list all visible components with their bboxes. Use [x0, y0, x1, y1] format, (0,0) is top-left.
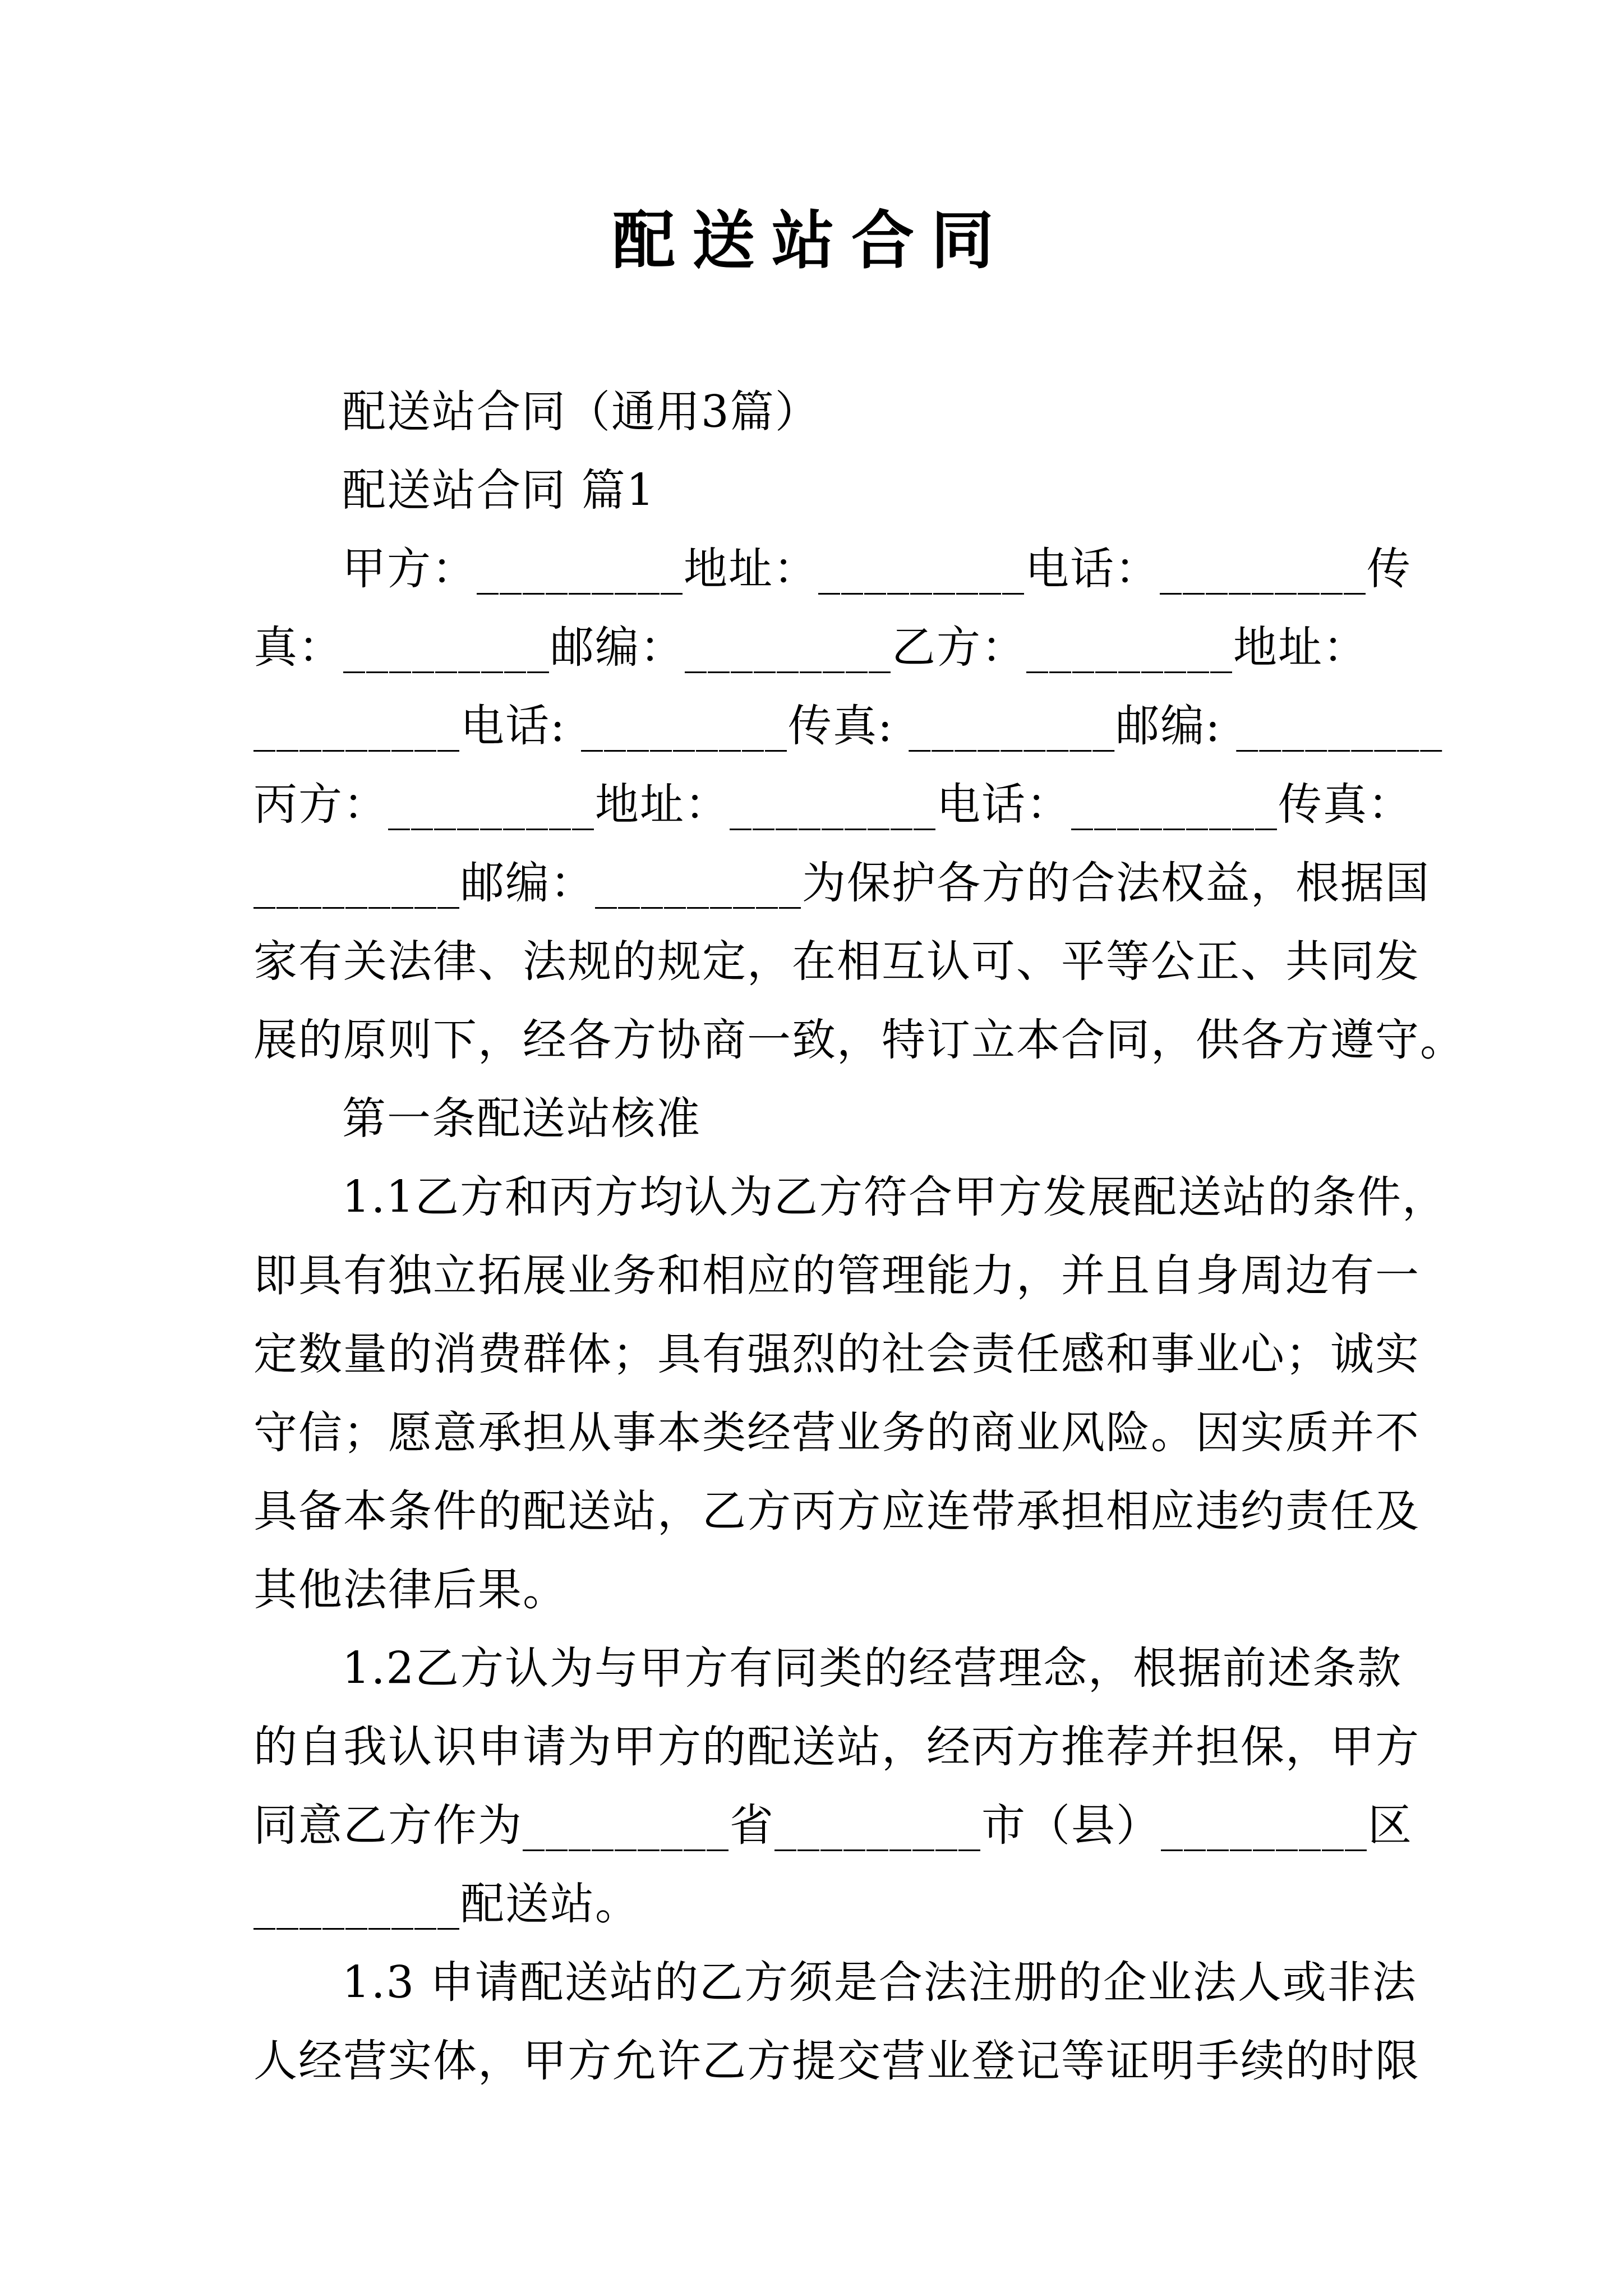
text-line: 丙方：_________地址：_________电话：_________传真：: [253, 766, 1375, 844]
text-line: 的自我认识申请为甲方的配送站，经丙方推荐并担保，甲方: [253, 1708, 1375, 1787]
text-line: 配送站合同 篇1: [253, 452, 1375, 530]
text-line: 同意乙方作为_________省_________市（县）_________区: [253, 1787, 1375, 1865]
text-line: 人经营实体，甲方允许乙方提交营业登记等证明手续的时限: [253, 2022, 1375, 2101]
text-line: 展的原则下，经各方协商一致，特订立本合同，供各方遵守。: [253, 1001, 1375, 1080]
document-title: 配送站合同: [0, 191, 1623, 281]
text-line: 守信；愿意承担从事本类经营业务的商业风险。因实质并不: [253, 1394, 1375, 1473]
text-line: _________配送站。: [253, 1865, 1375, 1944]
text-line: 即具有独立拓展业务和相应的管理能力，并且自身周边有一: [253, 1237, 1375, 1315]
text-line: _________电话: _________传真: _________邮编: _…: [253, 687, 1375, 766]
text-line: _________邮编：_________为保护各方的合法权益，根据国: [253, 844, 1375, 923]
document-body: 配送站合同（通用3篇） 配送站合同 篇1 甲方：_________地址：____…: [253, 373, 1375, 2101]
text-line: 其他法律后果。: [253, 1551, 1375, 1630]
text-line: 甲方：_________地址：_________电话：_________传: [253, 530, 1375, 609]
text-line: 第一条配送站核准: [253, 1080, 1375, 1158]
text-line: 1.3 申请配送站的乙方须是合法注册的企业法人或非法: [253, 1944, 1375, 2022]
text-line: 1.1乙方和丙方均认为乙方符合甲方发展配送站的条件，: [253, 1158, 1375, 1237]
document-page: 配送站合同 配送站合同（通用3篇） 配送站合同 篇1 甲方：_________地…: [0, 0, 1623, 2296]
text-line: 具备本条件的配送站，乙方丙方应连带承担相应违约责任及: [253, 1473, 1375, 1551]
text-line: 家有关法律、法规的规定，在相互认可、平等公正、共同发: [253, 923, 1375, 1001]
text-line: 定数量的消费群体；具有强烈的社会责任感和事业心；诚实: [253, 1315, 1375, 1394]
text-line: 1.2乙方认为与甲方有同类的经营理念，根据前述条款: [253, 1630, 1375, 1708]
text-line: 真：_________邮编：_________乙方：_________地址：: [253, 609, 1375, 687]
text-line: 配送站合同（通用3篇）: [253, 373, 1375, 452]
